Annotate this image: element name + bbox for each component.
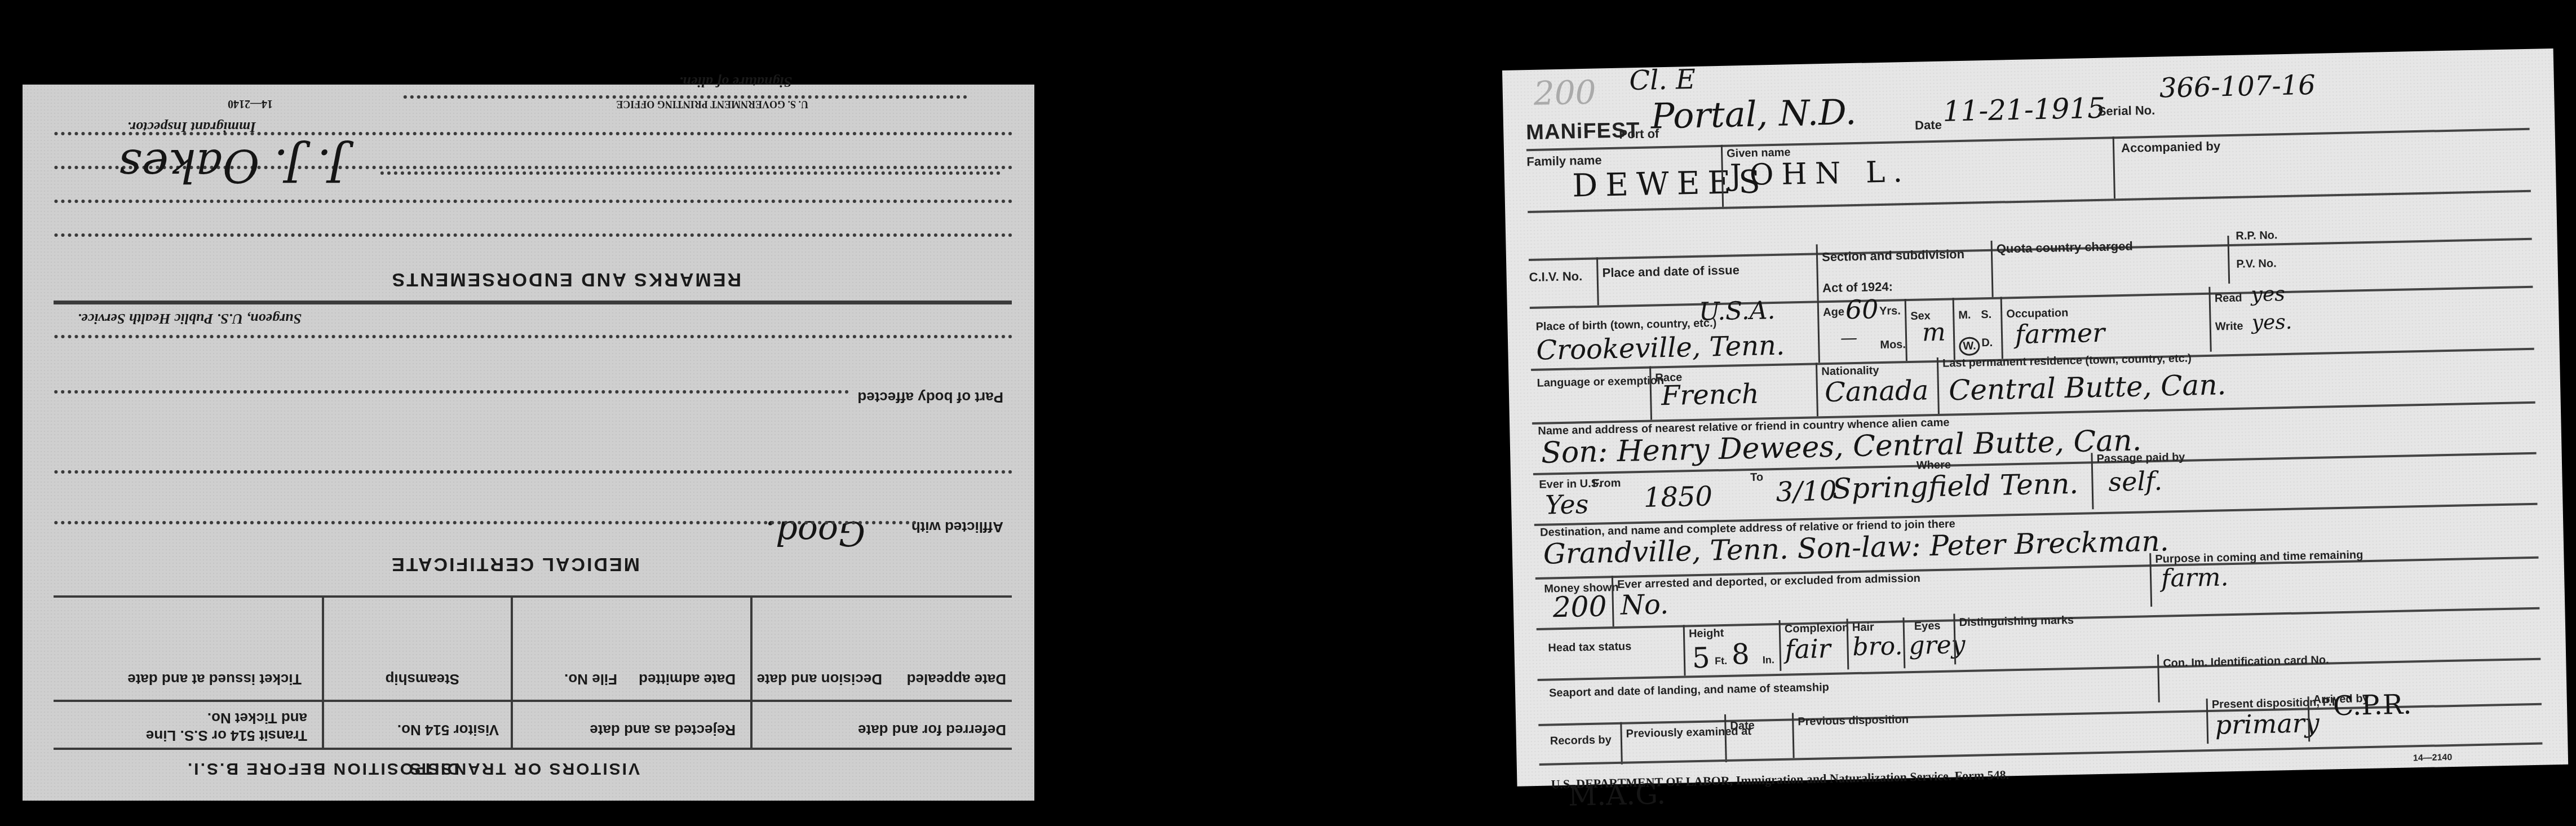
divider [1953, 298, 1955, 360]
given-name-value: JOHN L. [1729, 155, 1910, 193]
divider [1683, 625, 1686, 675]
date2-label: Date [1730, 719, 1755, 733]
quota-label: Quota country charged [1997, 239, 2134, 257]
divider [2157, 655, 2160, 703]
sex-value: m [1922, 318, 1946, 347]
records-label: Records by [1550, 734, 1612, 748]
read-value: yes [2251, 282, 2285, 306]
form-code: 14—2140 [2413, 753, 2453, 763]
divider [2149, 553, 2152, 607]
divider [1905, 299, 1907, 361]
eyes-value: grey [1909, 630, 1966, 660]
place-issue-label: Place and date of issue [1602, 263, 1740, 280]
dotted-rule [380, 171, 1000, 175]
mos-label: Mos. [1880, 338, 1906, 352]
surgeon-label: Surgeon, U.S. Public Health Service. [78, 310, 302, 327]
present-disp-value: primary [2215, 708, 2320, 740]
divider [1620, 722, 1623, 765]
rule [1539, 743, 2543, 766]
date-label: Date [1915, 118, 1942, 133]
afflicted-label: Afflicted with [911, 518, 1003, 536]
remarks-heading: REMARKS AND ENDORSEMENTS [391, 268, 741, 290]
race-value: French [1661, 378, 1760, 412]
birth-town-value: Crookeville, Tenn. [1536, 330, 1785, 366]
seaport-label: Seaport and date of landing, and name of… [1549, 681, 1829, 700]
divider [2000, 297, 2003, 359]
write-label: Write [2215, 320, 2243, 334]
height-label: Height [1689, 627, 1724, 641]
divider [2206, 699, 2209, 744]
where-value: Springfield Tenn. [1832, 467, 2079, 505]
marital-s: S. [1981, 308, 1991, 321]
con-im-label: Con. Im. Identification card No. [2163, 654, 2329, 670]
rule [1538, 658, 2541, 681]
rp-label: R.P. No. [2236, 229, 2278, 243]
last-residence-label: Last permanent residence (town, country,… [1942, 352, 2192, 370]
language-label: Language or exemption [1537, 374, 1664, 390]
birth-country-value: U.S.A. [1699, 296, 1776, 326]
divider [2208, 287, 2211, 352]
reverse-form-code: 14—2140 [228, 97, 273, 110]
dotted-rule [54, 200, 1012, 203]
divider [1779, 620, 1782, 671]
in-label: In. [1763, 654, 1774, 666]
from-label: From [1592, 477, 1621, 491]
purpose-value: farm. [2161, 563, 2229, 593]
age-value: 60 [1845, 294, 1879, 325]
inspector-label: Immigrant Inspector. [127, 118, 256, 135]
divider [2227, 236, 2230, 284]
divider [1596, 258, 1599, 306]
afflicted-value: Good. [765, 513, 865, 553]
head-tax-label: Head tax status [1548, 640, 1631, 655]
rule [1530, 286, 2533, 309]
mos-value: — [1840, 328, 1858, 348]
dotted-rule [54, 470, 1012, 474]
passage-value: self. [2108, 466, 2163, 497]
marital-d: D. [1981, 337, 1993, 350]
occupation-value: farmer [2015, 317, 2105, 350]
dotted-rule [54, 233, 1012, 237]
port-value: Portal, N.D. [1650, 91, 1857, 137]
arrested-value: No. [1620, 589, 1668, 621]
height-in-value: 8 [1731, 638, 1750, 671]
ever-us-value: Yes [1545, 489, 1589, 520]
part-of-body-label: Part of body affected [857, 388, 1003, 406]
hair-value: bro. [1852, 631, 1903, 661]
divider [1937, 357, 1940, 414]
ft-label: Ft. [1715, 655, 1727, 667]
dotted-rule [54, 335, 1012, 338]
printer-line: U. S. GOVERNMENT PRINTING OFFICE [616, 98, 808, 110]
divider [1816, 363, 1818, 416]
medical-heading: MEDICAL CERTIFICATE [390, 553, 640, 575]
civ-label: C.I.V. No. [1529, 269, 1582, 285]
marks-label: Distinguishing marks [1959, 614, 2074, 629]
last-residence-value: Central Butte, Can. [1948, 368, 2227, 407]
prev-disp-label: Previous disposition [1798, 713, 1909, 728]
pv-label: P.V. No. [2236, 257, 2277, 271]
rule [54, 301, 1012, 304]
alien-signature-label: Signature of alien. [679, 73, 792, 90]
reverse-card-top-layer: J. J. Oakes Immigrant Inspector. U. S. G… [22, 575, 1034, 801]
serial-value: 366-107-16 [2159, 69, 2316, 104]
manifest-card: 200 Cl. E MANiFEST Port of Portal, N.D. … [1502, 48, 2568, 787]
section-label: Section and subdivision [1822, 247, 1965, 264]
initials: M.A.G. [1568, 778, 1666, 812]
act-label: Act of 1924: [1822, 280, 1893, 296]
divider [2113, 136, 2115, 198]
class-note: Cl. E [1629, 64, 1696, 96]
dotted-rule [54, 390, 848, 394]
to-label: To [1750, 471, 1763, 484]
age-label: Age [1823, 306, 1844, 319]
marital-w-circled: W. [1959, 337, 1980, 356]
dotted-rule [54, 521, 916, 524]
write-value: yes. [2251, 311, 2292, 334]
inspector-signature: J. J. Oakes [118, 139, 346, 192]
passage-label: Passage paid by [2096, 451, 2185, 466]
height-ft-value: 5 [1692, 642, 1710, 675]
divider [1817, 301, 1820, 363]
divider [1902, 617, 1905, 668]
date-value: 11-21-1915 [1942, 92, 2105, 128]
corner-number: 200 [1533, 73, 1596, 113]
marital-m: M. [1958, 309, 1971, 322]
complexion-value: fair [1785, 633, 1831, 665]
nationality-value: Canada [1825, 374, 1929, 408]
money-value: 200 [1552, 590, 1607, 624]
read-label: Read [2215, 292, 2242, 306]
to-value: 3/10 [1776, 475, 1837, 508]
from-value: 1850 [1643, 480, 1712, 514]
accompanied-label: Accompanied by [2121, 139, 2221, 156]
serial-label: Serial No. [2097, 103, 2155, 119]
arrived-value: C.P.R. [2332, 688, 2412, 722]
yrs-label: Yrs. [1879, 304, 1901, 318]
